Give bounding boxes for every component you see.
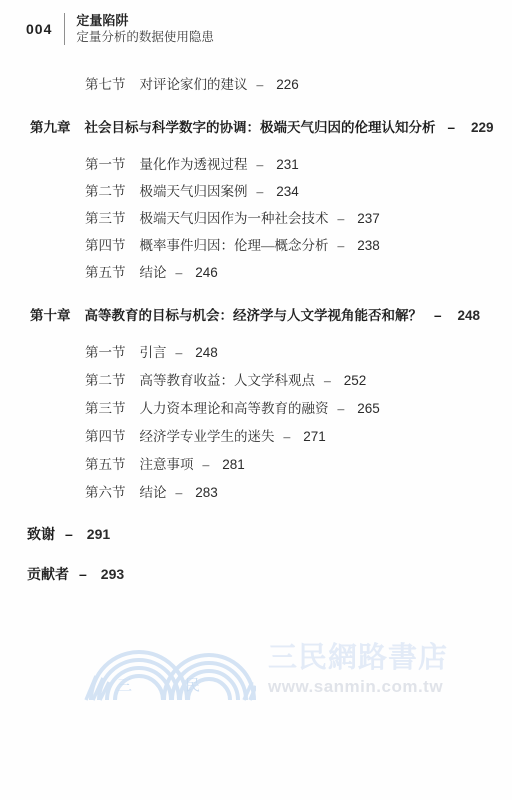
toc-entry-dash: – [257, 157, 264, 172]
toc-section-row: 第五节结论–246 [0, 259, 512, 286]
toc-entry-page: 234 [276, 184, 299, 199]
toc-entry-page: 248 [195, 345, 218, 360]
logo-char-san: 三 [117, 674, 132, 695]
toc-entry-page: 246 [195, 265, 218, 280]
toc-entry-dash: – [176, 345, 183, 360]
toc-entry-title: 极端天气归因案例 [140, 184, 248, 199]
toc-entry-title: 经济学专业学生的迷失 [140, 429, 275, 444]
toc-entry-label: 第一节 [85, 157, 126, 172]
toc-chapter-row: 第十章高等教育的目标与机会：经济学与人文学视角能否和解？–248 [0, 302, 512, 329]
header-divider [64, 13, 65, 45]
page-number: 004 [26, 21, 52, 37]
toc-entry-label: 第一节 [85, 345, 126, 360]
toc-entry-label: 第二节 [85, 373, 126, 388]
toc-section-row: 第六节结论–283 [0, 479, 512, 507]
toc-entry-dash: – [65, 526, 73, 542]
toc-entry-dash: – [257, 184, 264, 199]
toc-entry-dash: – [79, 566, 87, 582]
toc-entry-label: 第四节 [85, 238, 126, 253]
toc-entry-title: 高等教育的目标与机会：经济学与人文学视角能否和解？ [85, 308, 423, 323]
watermark-store-name: 三民網路書店 [268, 642, 448, 674]
toc-entry-dash: – [203, 457, 210, 472]
toc-entry-page: 231 [276, 157, 299, 172]
toc-entry-dash: – [176, 485, 183, 500]
toc-backmatter-row: 贡献者–293 [0, 561, 512, 588]
header-titles: 定量陷阱 定量分析的数据使用隐患 [76, 12, 214, 46]
toc-entry-dash: – [324, 373, 331, 388]
toc-entry-page: 283 [195, 485, 218, 500]
toc-entry-dash: – [257, 77, 264, 92]
toc-entry-title: 引言 [140, 345, 167, 360]
toc-entry-label: 第四节 [85, 429, 126, 444]
toc-entry-page: 238 [357, 238, 380, 253]
book-title: 定量陷阱 [76, 12, 214, 29]
toc-entry-title: 结论 [140, 265, 167, 280]
toc-entry-title: 致谢 [27, 526, 55, 542]
toc-entry-label: 第二节 [85, 184, 126, 199]
toc-section-row: 第四节概率事件归因：伦理—概念分析–238 [0, 232, 512, 259]
toc-entry-title: 人力资本理论和高等教育的融资 [140, 401, 329, 416]
toc-entry-title: 极端天气归因作为一种社会技术 [140, 211, 329, 226]
toc-entry-title: 对评论家们的建议 [140, 77, 248, 92]
toc-entry-page: 226 [276, 77, 299, 92]
toc-entry-label: 第三节 [85, 211, 126, 226]
toc-entry-title: 量化作为透视过程 [140, 157, 248, 172]
toc-entry-title: 结论 [140, 485, 167, 500]
scanned-book-page: 004 定量陷阱 定量分析的数据使用隐患 第七节对评论家们的建议–226 第九章… [0, 0, 512, 800]
toc-section-row: 第三节极端天气归因作为一种社会技术–237 [0, 205, 512, 232]
toc-entry-label: 第三节 [85, 401, 126, 416]
toc-entry-title: 概率事件归因：伦理—概念分析 [140, 238, 329, 253]
page-header: 004 定量陷阱 定量分析的数据使用隐患 [26, 12, 214, 46]
logo-char-min: 民 [185, 674, 200, 695]
toc-entry-title: 贡献者 [27, 566, 69, 582]
watermark-text: 三民網路書店 www.sanmin.com.tw [268, 642, 448, 697]
toc-entry-page: 229 [471, 120, 494, 135]
toc-entry-title: 社会目标与科学数字的协调：极端天气归因的伦理认知分析 [85, 120, 436, 135]
toc-entry-label: 第五节 [85, 457, 126, 472]
toc-entry-dash: – [338, 401, 345, 416]
toc-entry-label: 第九章 [30, 120, 71, 135]
toc-entry-page: 293 [101, 566, 124, 582]
sanmin-rainbow-logo-icon [84, 642, 256, 702]
watermark-url: www.sanmin.com.tw [268, 677, 448, 697]
toc-backmatter-row: 致谢–291 [0, 521, 512, 548]
book-subtitle: 定量分析的数据使用隐患 [76, 29, 214, 46]
toc-entry-page: 237 [357, 211, 380, 226]
toc-section-row: 第二节高等教育收益：人文学科观点–252 [0, 367, 512, 395]
toc-entry-label: 第十章 [30, 308, 71, 323]
toc-chapter-row: 第九章社会目标与科学数字的协调：极端天气归因的伦理认知分析–229 [0, 114, 512, 141]
toc-section-row: 第三节人力资本理论和高等教育的融资–265 [0, 395, 512, 423]
toc-entry-title: 高等教育收益：人文学科观点 [140, 373, 316, 388]
toc-entry-title: 注意事项 [140, 457, 194, 472]
toc-entry-label: 第五节 [85, 265, 126, 280]
toc-section-row: 第四节经济学专业学生的迷失–271 [0, 423, 512, 451]
toc-entry-page: 291 [87, 526, 110, 542]
toc-entry-page: 271 [303, 429, 326, 444]
toc-section-row: 第一节量化作为透视过程–231 [0, 151, 512, 178]
toc-entry-label: 第七节 [85, 77, 126, 92]
toc-entry-page: 265 [357, 401, 380, 416]
toc-entry-dash: – [434, 308, 442, 323]
toc-section-row: 第五节注意事项–281 [0, 451, 512, 479]
table-of-contents: 第七节对评论家们的建议–226 第九章社会目标与科学数字的协调：极端天气归因的伦… [0, 71, 512, 588]
toc-entry-page: 252 [344, 373, 367, 388]
toc-entry-dash: – [338, 211, 345, 226]
toc-entry-label: 第六节 [85, 485, 126, 500]
toc-entry-dash: – [448, 120, 456, 135]
toc-entry-page: 281 [222, 457, 245, 472]
toc-section-row: 第二节极端天气归因案例–234 [0, 178, 512, 205]
sanmin-watermark: 三 民 三民網路書店 www.sanmin.com.tw [84, 642, 474, 706]
toc-entry-page: 248 [458, 308, 481, 323]
toc-section-row: 第一节引言–248 [0, 339, 512, 367]
toc-entry-dash: – [284, 429, 291, 444]
toc-entry-dash: – [176, 265, 183, 280]
toc-entry-dash: – [338, 238, 345, 253]
toc-section-row: 第七节对评论家们的建议–226 [0, 71, 512, 98]
